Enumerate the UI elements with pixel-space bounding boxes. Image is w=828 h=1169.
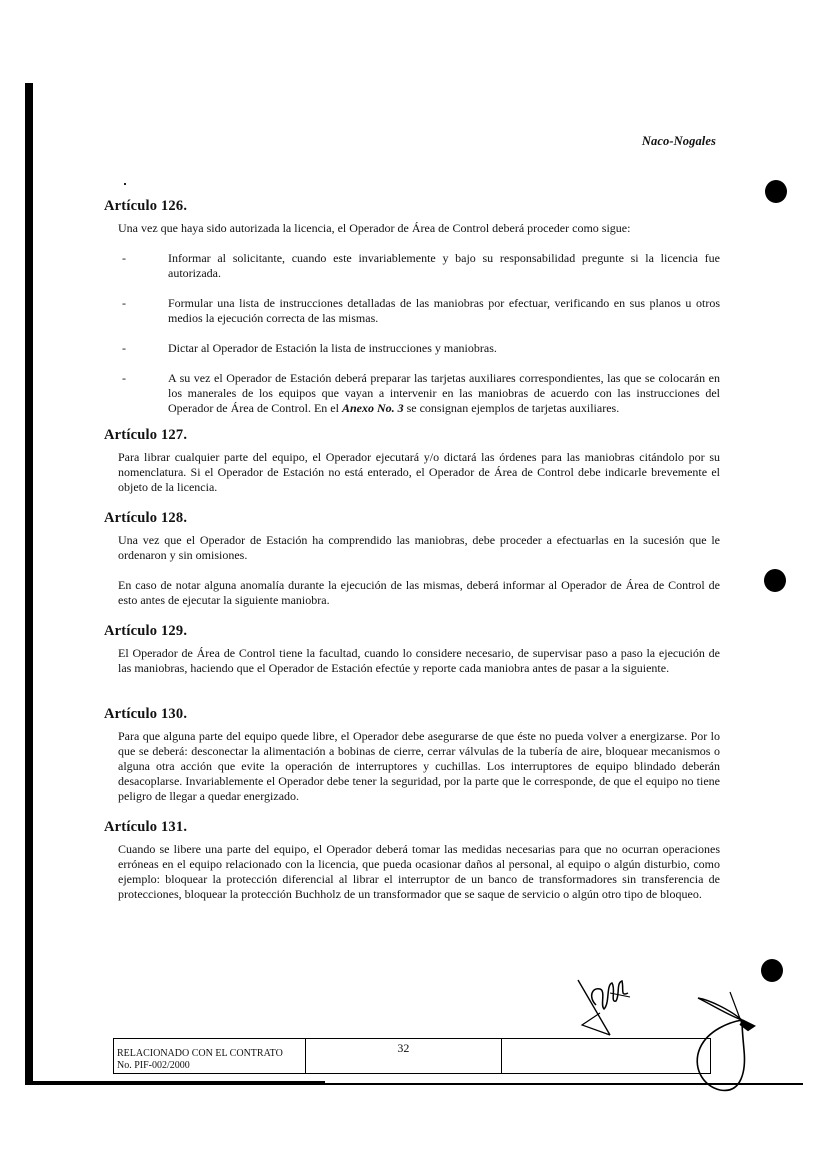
punch-hole-bottom [761, 959, 783, 982]
contract-reference-line2: No. PIF-002/2000 [117, 1060, 302, 1072]
bullet-dash: - [104, 341, 168, 356]
article-paragraph: Una vez que haya sido autorizada la lice… [118, 221, 720, 236]
footer-row: RELACIONADO CON EL CONTRATO No. PIF-002/… [114, 1039, 711, 1074]
scan-bottom-rule-thick [25, 1081, 325, 1085]
list-item: - Formular una lista de instrucciones de… [104, 296, 720, 326]
list-item: - A su vez el Operador de Estación deber… [104, 371, 720, 416]
article-title: Artículo 131. [104, 819, 720, 836]
article-title: Artículo 129. [104, 623, 720, 640]
article-title: Artículo 128. [104, 510, 720, 527]
punch-hole-top [765, 180, 787, 203]
list-item-text: Informar al solicitante, cuando este inv… [168, 251, 720, 281]
ink-speck [124, 183, 126, 185]
running-header: Naco-Nogales [642, 134, 716, 149]
scan-left-edge-bar [25, 83, 33, 1085]
article-paragraph: Cuando se libere una parte del equipo, e… [118, 842, 720, 902]
punch-hole-middle [764, 569, 786, 592]
article-130: Artículo 130. Para que alguna parte del … [104, 706, 720, 804]
article-paragraph: El Operador de Área de Control tiene la … [118, 646, 720, 676]
article-129: Artículo 129. El Operador de Área de Con… [104, 623, 720, 676]
document-body: Artículo 126. Una vez que haya sido auto… [104, 198, 720, 902]
bullet-dash: - [104, 371, 168, 416]
list-item-text: Dictar al Operador de Estación la lista … [168, 341, 720, 356]
footer-table: RELACIONADO CON EL CONTRATO No. PIF-002/… [113, 1038, 711, 1074]
article-126: Artículo 126. Una vez que haya sido auto… [104, 198, 720, 416]
handwritten-initials-1 [570, 975, 640, 1040]
page-number-cell: 32 [306, 1039, 501, 1074]
article-127: Artículo 127. Para librar cualquier part… [104, 427, 720, 495]
article-paragraph: Para que alguna parte del equipo quede l… [118, 729, 720, 804]
list-item-text: Formular una lista de instrucciones deta… [168, 296, 720, 326]
blank-footer-cell [501, 1039, 710, 1074]
article-paragraph: Una vez que el Operador de Estación ha c… [118, 533, 720, 563]
list-item-text-after: se consignan ejemplos de tarjetas auxili… [404, 401, 620, 415]
article-128: Artículo 128. Una vez que el Operador de… [104, 510, 720, 608]
article-title: Artículo 127. [104, 427, 720, 444]
bullet-dash: - [104, 296, 168, 326]
article-title: Artículo 126. [104, 198, 720, 215]
contract-reference-line1: RELACIONADO CON EL CONTRATO [117, 1048, 302, 1060]
contract-reference-cell: RELACIONADO CON EL CONTRATO No. PIF-002/… [114, 1039, 306, 1074]
instruction-list: - Informar al solicitante, cuando este i… [104, 251, 720, 416]
list-item-text: A su vez el Operador de Estación deberá … [168, 371, 720, 416]
article-131: Artículo 131. Cuando se libere una parte… [104, 819, 720, 902]
list-item: - Informar al solicitante, cuando este i… [104, 251, 720, 281]
bullet-dash: - [104, 251, 168, 281]
article-title: Artículo 130. [104, 706, 720, 723]
annex-reference: Anexo No. 3 [342, 401, 404, 415]
article-paragraph: En caso de notar alguna anomalía durante… [118, 578, 720, 608]
page-number: 32 [397, 1041, 409, 1055]
article-paragraph: Para librar cualquier parte del equipo, … [118, 450, 720, 495]
list-item: - Dictar al Operador de Estación la list… [104, 341, 720, 356]
